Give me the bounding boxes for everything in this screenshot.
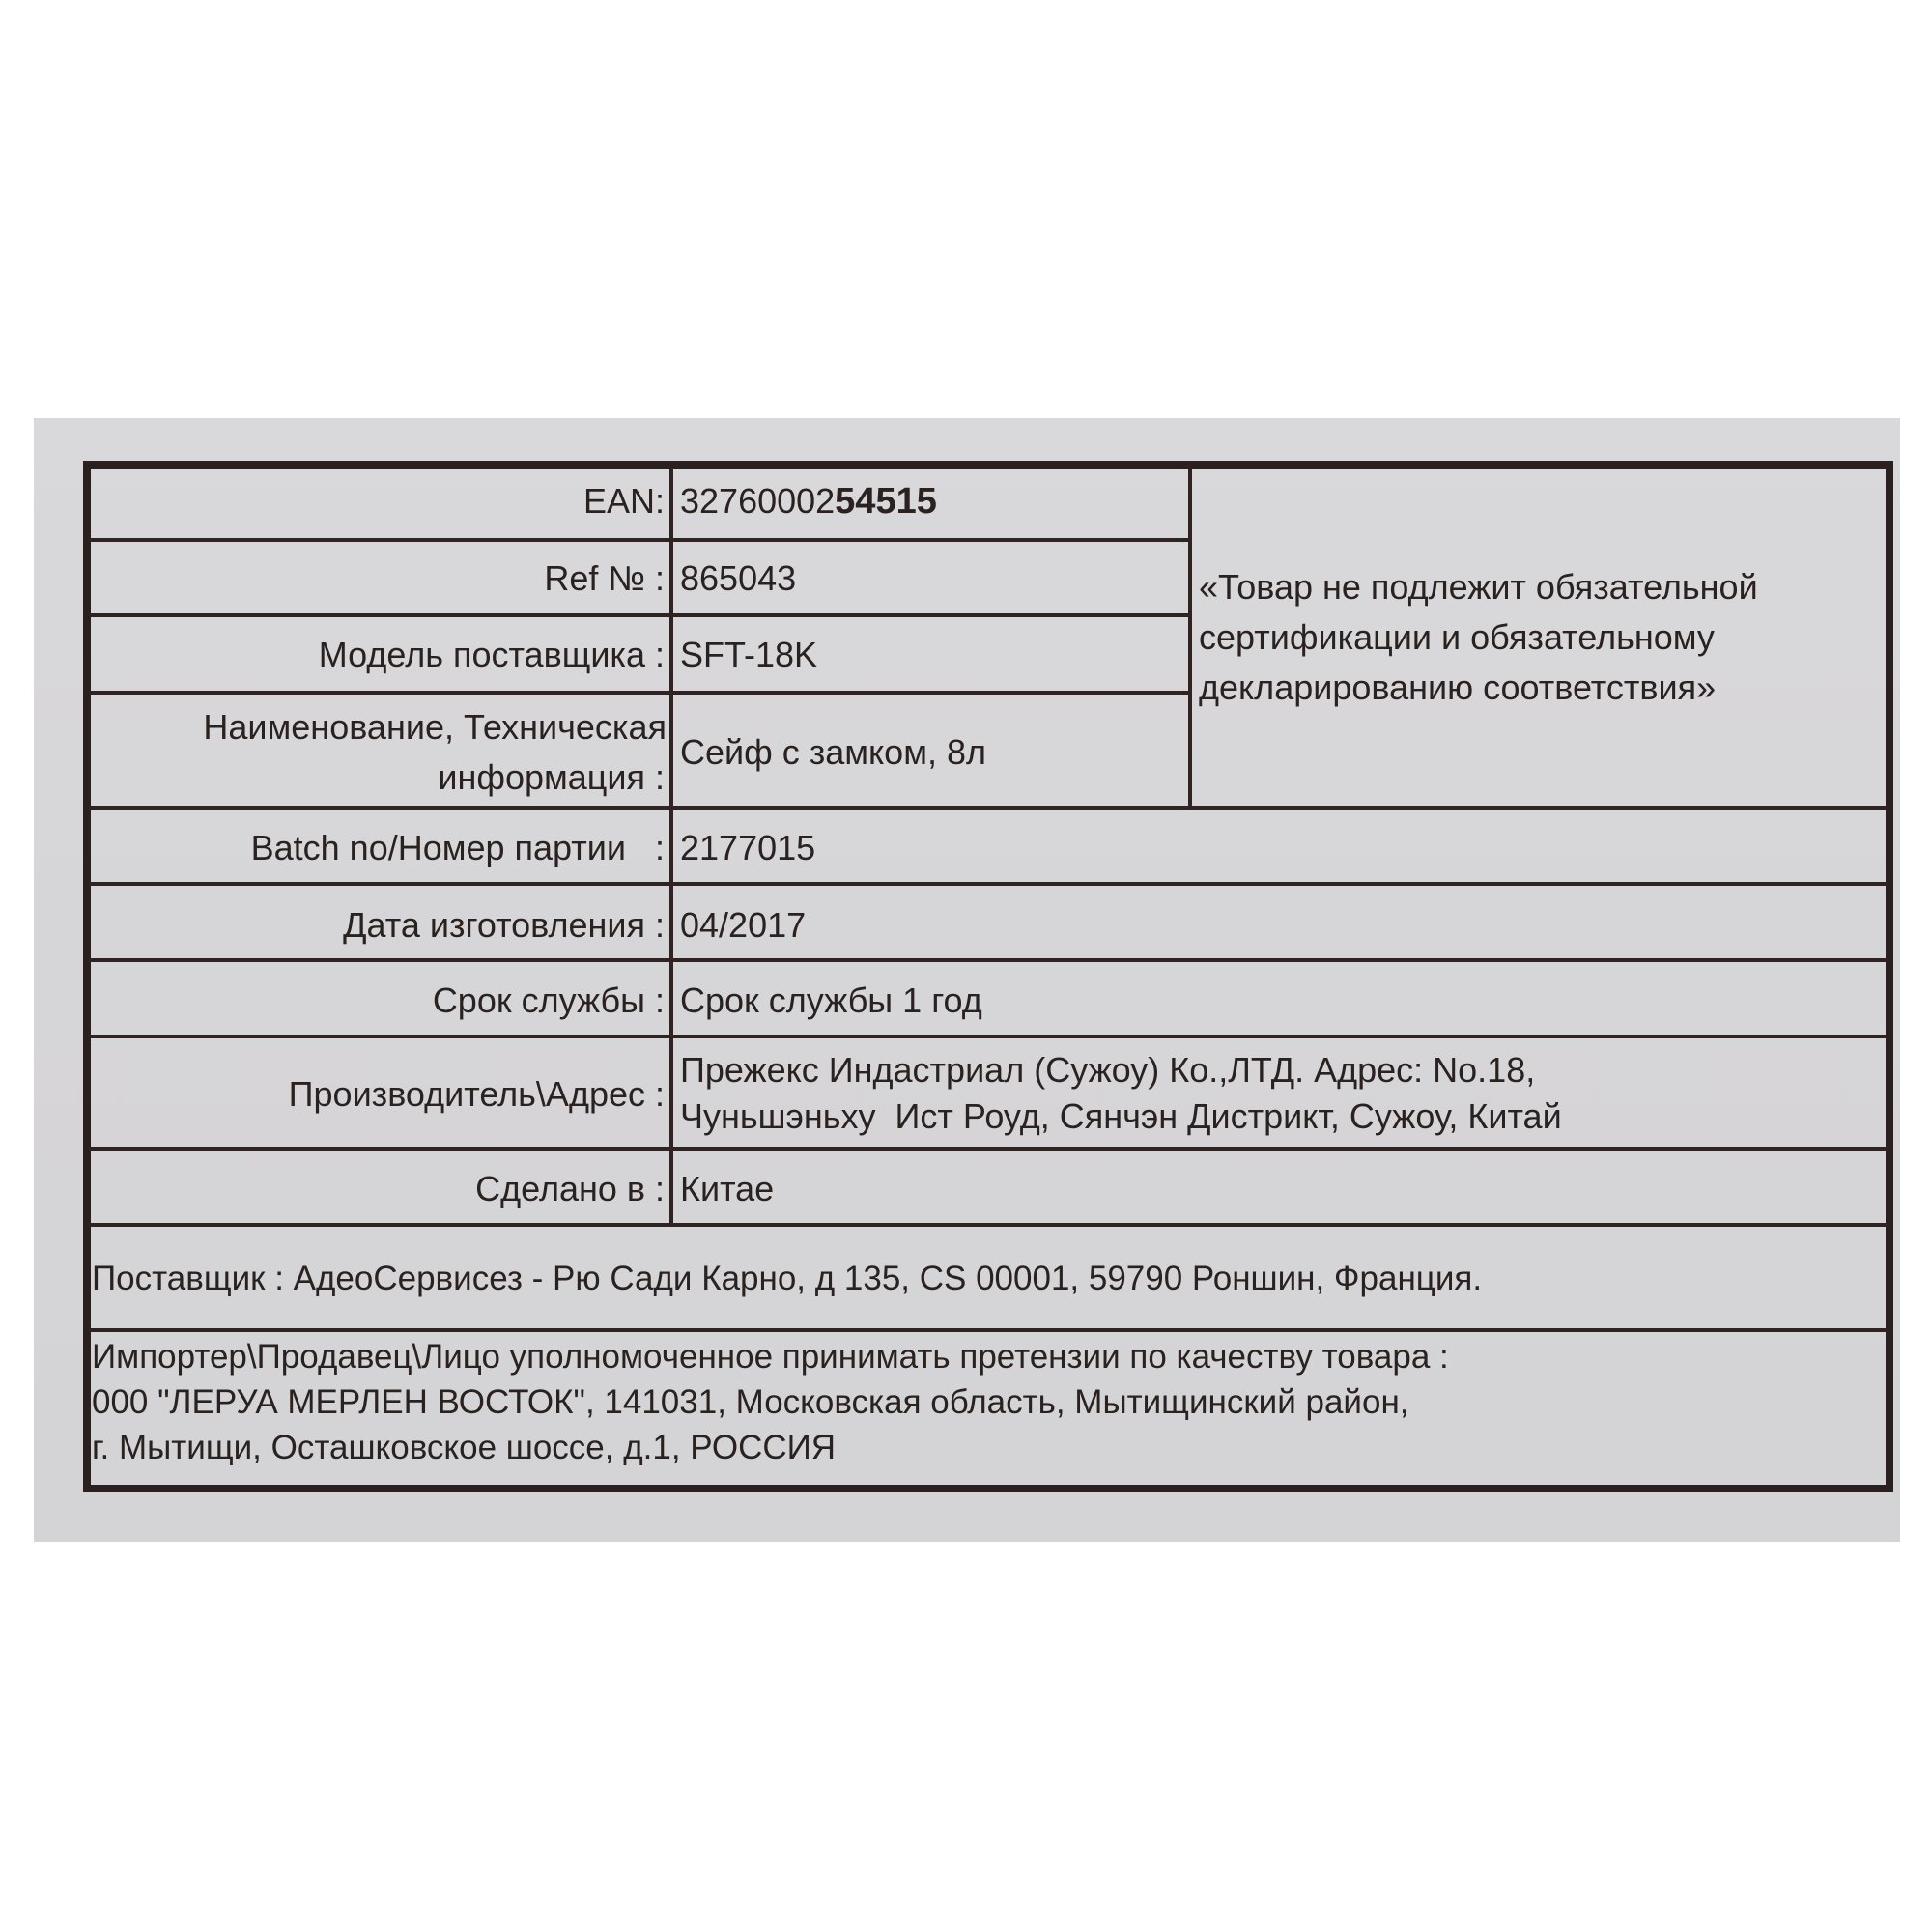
manufacturer-value-line2: Чуньшэньху Ист Роуд, Сянчэн Дистрикт, Су… [680, 1094, 1562, 1139]
row-divider [89, 806, 1888, 810]
certification-note-line3: декларированию соответствия» [1199, 663, 1758, 713]
manufacture-date-value: 04/2017 [680, 903, 806, 948]
name-label-line2: информация : [438, 755, 665, 800]
manufacturer-label: Производитель\Адрес : [289, 1072, 665, 1117]
name-label-line1: Наименование, Техническая [203, 705, 667, 750]
column-divider [669, 469, 673, 1226]
ean-prefix: 32760002 [680, 481, 835, 521]
batch-value: 2177015 [680, 826, 815, 870]
batch-label: Batch no/Номер партии : [251, 826, 665, 870]
certification-note-line1: «Товар не подлежит обязательной [1199, 562, 1758, 612]
row-divider [89, 958, 1888, 962]
row-divider [89, 1147, 1888, 1151]
row-divider [89, 1328, 1888, 1332]
service-life-label: Срок службы : [433, 979, 665, 1023]
importer-line2: 000 "ЛЕРУА МЕРЛЕН ВОСТОК", 141031, Моско… [92, 1379, 1409, 1425]
certification-note: «Товар не подлежит обязательной сертифик… [1199, 562, 1758, 713]
manufacturer-value-line1: Прежекс Индастриал (Сужоу) Ко.,ЛТД. Адре… [680, 1048, 1535, 1093]
importer-line1: Импортер\Продавец\Лицо уполномоченное пр… [92, 1334, 1449, 1379]
row-divider [89, 1035, 1888, 1038]
column-divider [1188, 469, 1192, 809]
ref-label: Ref № : [544, 556, 665, 601]
made-in-value: Китае [680, 1167, 774, 1211]
made-in-label: Сделано в : [475, 1167, 665, 1211]
manufacture-date-label: Дата изготовления : [343, 903, 665, 948]
row-divider [89, 1223, 1888, 1227]
row-divider [89, 613, 1188, 617]
ean-value: 3276000254515 [680, 479, 937, 524]
row-divider [89, 538, 1188, 542]
row-divider [89, 691, 1188, 695]
ref-value: 865043 [680, 556, 796, 601]
supplier-model-value: SFT-18K [680, 633, 817, 677]
row-divider [89, 882, 1888, 886]
supplier-model-label: Модель поставщика : [319, 633, 665, 677]
service-life-value: Срок службы 1 год [680, 979, 982, 1023]
certification-note-line2: сертификации и обязательному [1199, 612, 1758, 663]
name-value: Сейф с замком, 8л [680, 730, 986, 775]
importer-line3: г. Мытищи, Осташковское шоссе, д.1, РОСС… [92, 1425, 836, 1470]
ean-label: EAN: [583, 479, 665, 524]
supplier-info: Поставщик : АдеоСервисез - Рю Сади Карно… [92, 1256, 1482, 1301]
ean-suffix: 54515 [835, 481, 937, 522]
